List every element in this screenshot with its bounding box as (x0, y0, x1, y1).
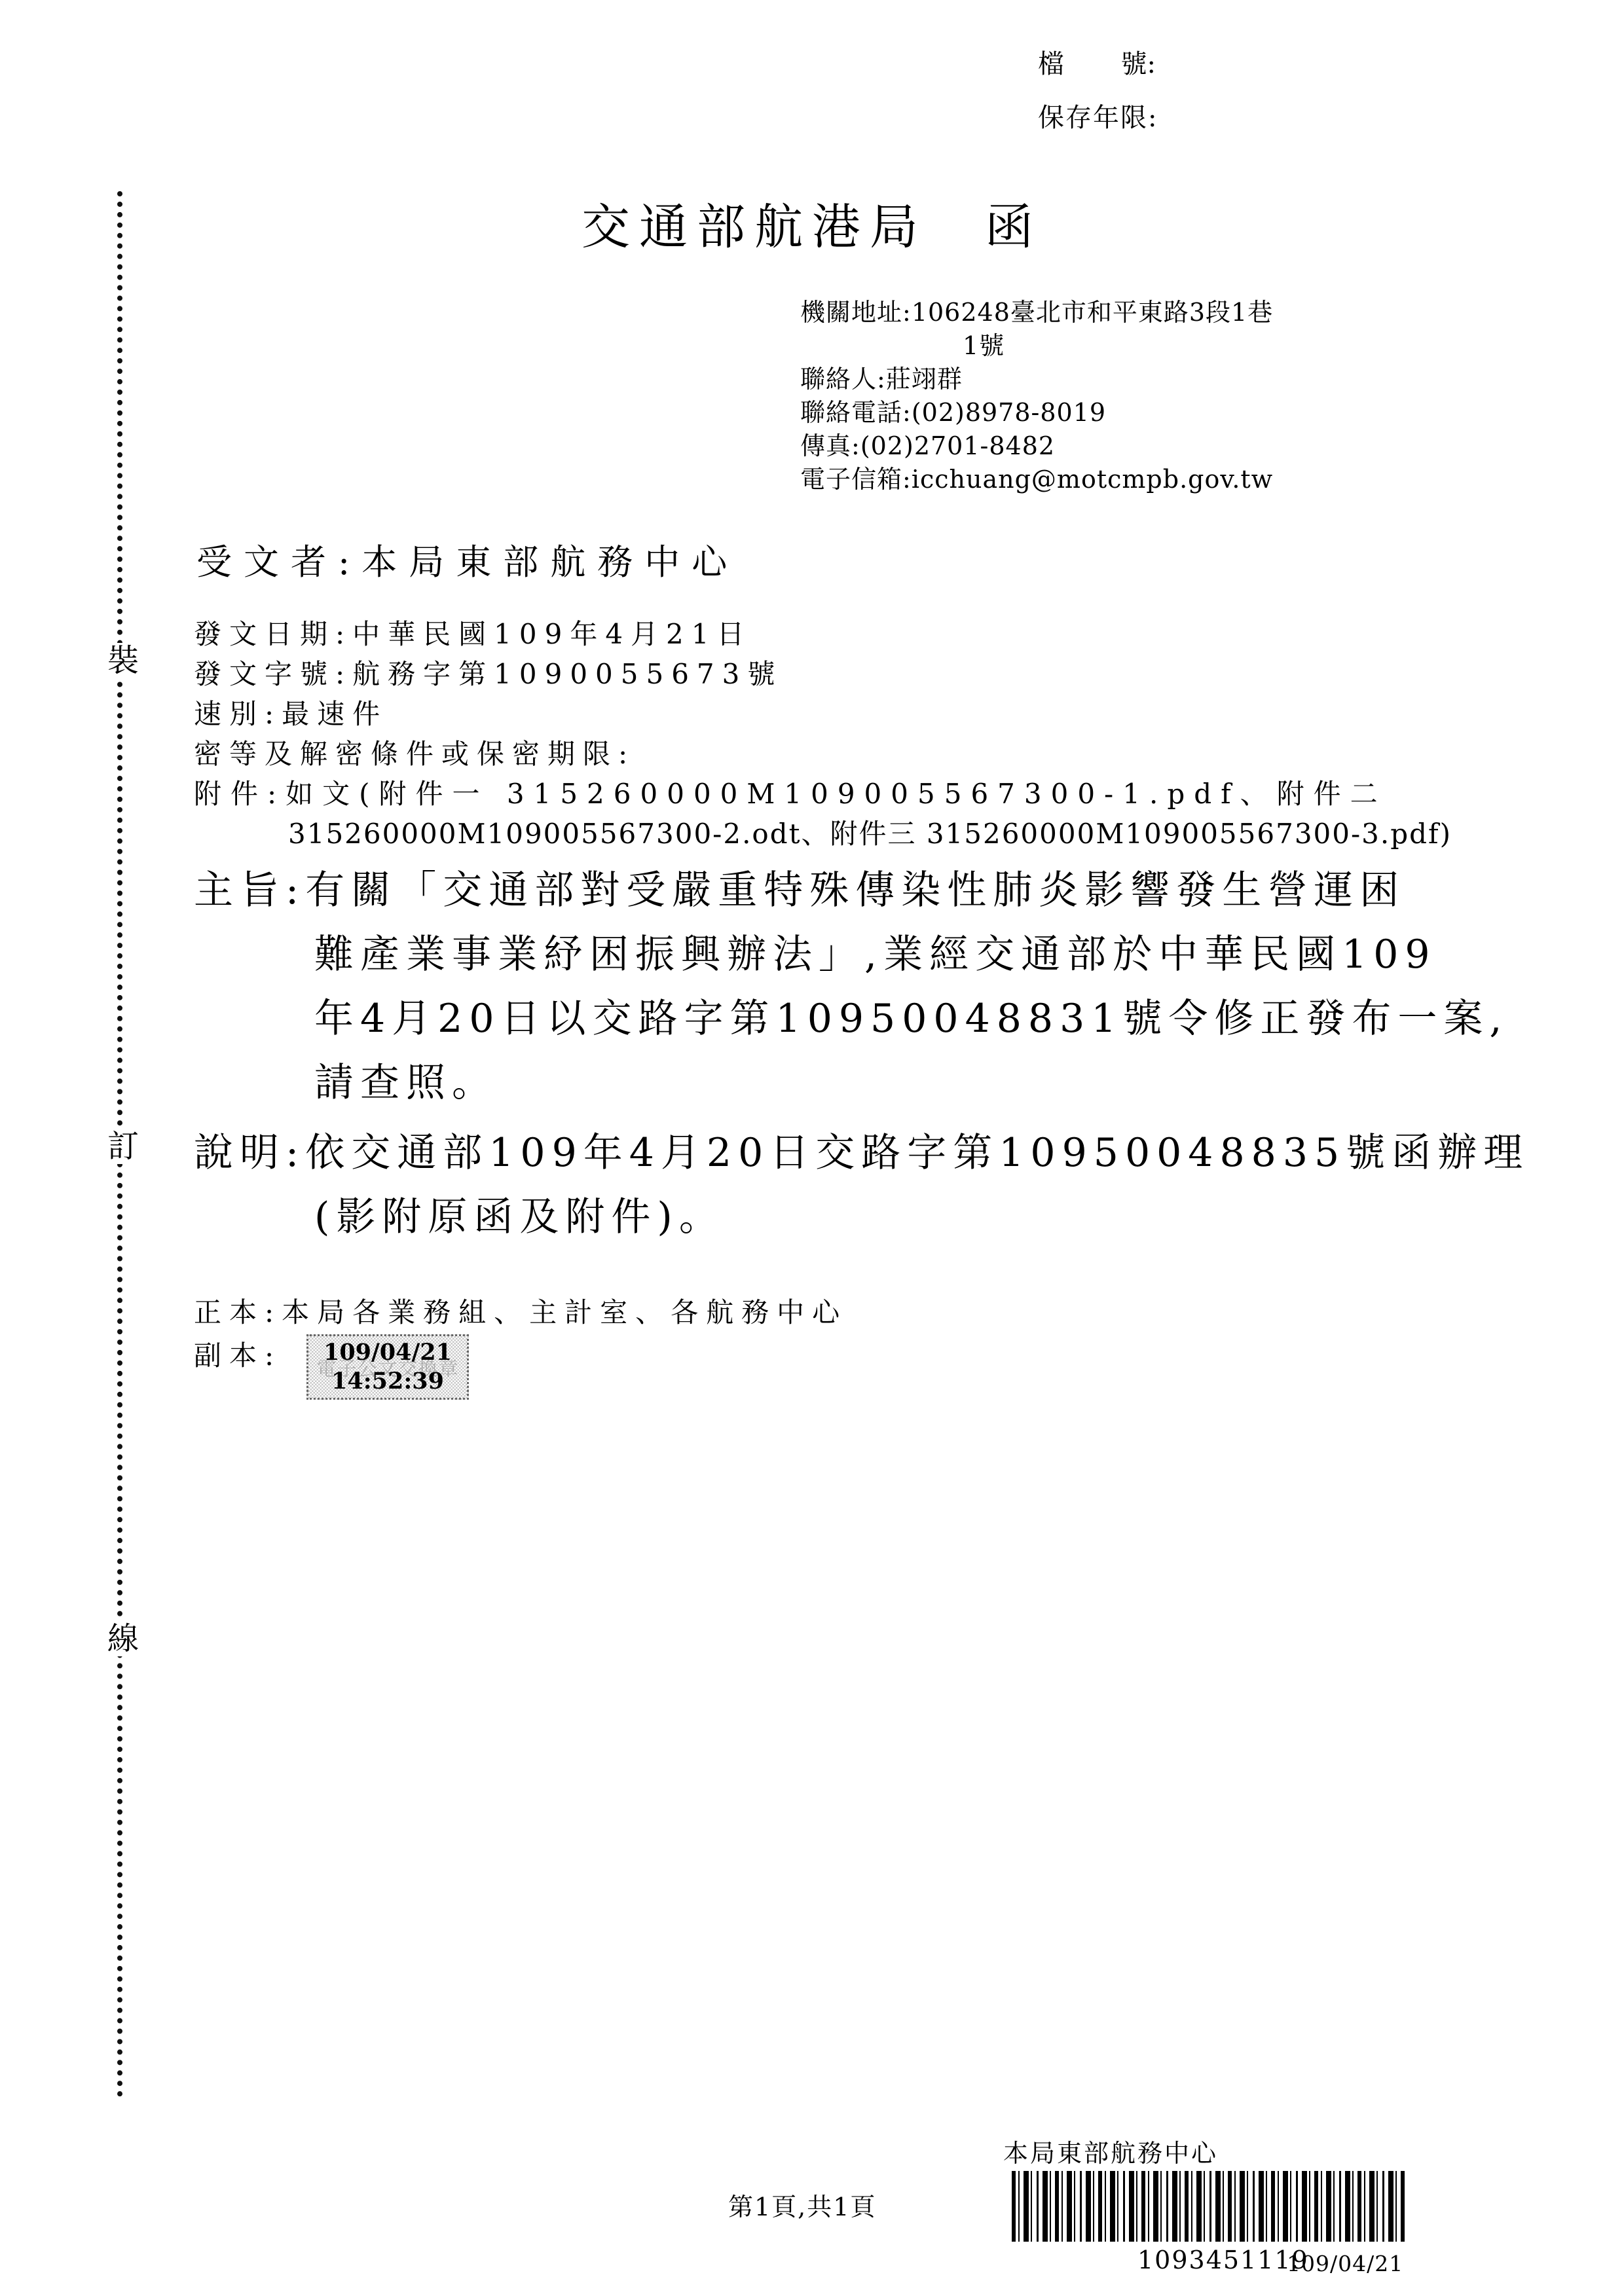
recipient-label: 受文者: (196, 541, 361, 583)
carbon-copy-row: 副本: (194, 1334, 847, 1377)
barcode-number: 1093451119 (1137, 2246, 1309, 2274)
barcode-unit-name: 本局東部航務中心 (1003, 2133, 1218, 2169)
attachment-line-1: 如文(附件一 315260000M109005567300-1.pdf、附件二 (286, 778, 1386, 810)
page-number: 第1頁,共1頁 (728, 2187, 876, 2223)
document-meta-block: 發文日期:中華民國109年4月21日 發文字號:航務字第1090055673號 … (194, 614, 1452, 854)
email-value: icchuang@motcmpb.gov.tw (912, 465, 1273, 494)
description-label: 說明: (194, 1130, 305, 1176)
doc-number-row: 發文字號:航務字第1090055673號 (194, 654, 1452, 694)
security-row: 密等及解密條件或保密期限: (194, 734, 1452, 774)
issue-date-row: 發文日期:中華民國109年4月21日 (194, 614, 1452, 654)
agency-fax-line: 傳真:(02)2701-8482 (800, 429, 1273, 463)
barcode-image (1012, 2171, 1405, 2242)
phone-label: 聯絡電話: (800, 398, 912, 427)
distribution-block: 正本:本局各業務組、主計室、各航務中心 副本: (194, 1291, 847, 1377)
contact-value: 莊翊群 (886, 365, 963, 393)
document-page: 檔 號: 保存年限: 交通部航港局 函 機關地址:106248臺北市和平東路3段… (0, 0, 1624, 2296)
description-line-1: 依交通部109年4月20日交路字第10950048835號函辦理 (305, 1130, 1529, 1176)
agency-email-line: 電子信箱:icchuang@motcmpb.gov.tw (800, 463, 1273, 496)
address-value: 106248臺北市和平東路3段1巷 (912, 298, 1273, 327)
stamp-time: 14:52:39 (331, 1367, 444, 1396)
binding-char-xian: 線 (103, 1621, 143, 1656)
original-copy-row: 正本:本局各業務組、主計室、各航務中心 (194, 1291, 847, 1334)
agency-phone-line: 聯絡電話:(02)8978-8019 (800, 396, 1273, 429)
retention-period-label: 保存年限: (1038, 97, 1158, 134)
stamp-date: 109/04/21 (323, 1338, 452, 1367)
barcode-date: 109/04/21 (1287, 2251, 1403, 2276)
subject-line-4: 請查照。 (314, 1060, 498, 1106)
document-title: 交通部航港局 函 (0, 189, 1624, 258)
contact-label: 聯絡人: (800, 365, 886, 393)
subject-label: 主旨: (194, 867, 305, 913)
electronic-exchange-stamp: 電子公文交換章 109/04/21 14:52:39 (306, 1334, 469, 1400)
subject-block: 主旨:有關「交通部對受嚴重特殊傳染性肺炎影響發生營運困 難產業事業紓困振興辦法」… (194, 858, 1617, 1115)
attachment-line-2: 315260000M109005567300-2.odt、附件三 3152600… (288, 818, 1452, 850)
agency-address-line: 機關地址:106248臺北市和平東路3段1巷 (800, 296, 1273, 329)
file-number-label-2: 號: (1121, 43, 1156, 81)
address-label: 機關地址: (800, 298, 912, 327)
recipient-line: 受文者:本局東部航務中心 (196, 534, 739, 585)
email-label: 電子信箱: (800, 465, 912, 494)
attachment-row: 附件:如文(附件一 315260000M109005567300-1.pdf、附… (194, 774, 1452, 854)
agency-address-line-2: 1號 (800, 329, 1273, 363)
file-number-label: 檔 (1038, 43, 1064, 81)
subject-line-2: 難產業事業紓困振興辦法」,業經交通部於中華民國109 (314, 932, 1437, 977)
binding-char-ding: 訂 (103, 1129, 143, 1164)
fax-value: (02)2701-8482 (860, 431, 1055, 460)
description-block: 說明:依交通部109年4月20日交路字第10950048835號函辦理 (影附原… (194, 1121, 1617, 1249)
phone-value: (02)8978-8019 (912, 398, 1106, 427)
speed-row: 速別:最速件 (194, 694, 1452, 734)
description-line-2: (影附原函及附件)。 (314, 1194, 725, 1240)
binding-char-zhuang: 裝 (103, 643, 143, 678)
attachment-label: 附件: (194, 778, 286, 810)
agency-info-block: 機關地址:106248臺北市和平東路3段1巷 1號 聯絡人:莊翊群 聯絡電話:(… (800, 296, 1273, 496)
fax-label: 傳真: (800, 431, 860, 460)
subject-line-1: 有關「交通部對受嚴重特殊傳染性肺炎影響發生營運困 (305, 867, 1405, 913)
stamp-datetime: 109/04/21 14:52:39 (308, 1336, 467, 1398)
file-number-row: 檔 號: (1038, 43, 1156, 81)
subject-line-3: 年4月20日以交路字第10950048831號令修正發布一案, (314, 996, 1509, 1042)
recipient-value: 本局東部航務中心 (361, 541, 739, 583)
agency-contact-line: 聯絡人:莊翊群 (800, 363, 1273, 396)
